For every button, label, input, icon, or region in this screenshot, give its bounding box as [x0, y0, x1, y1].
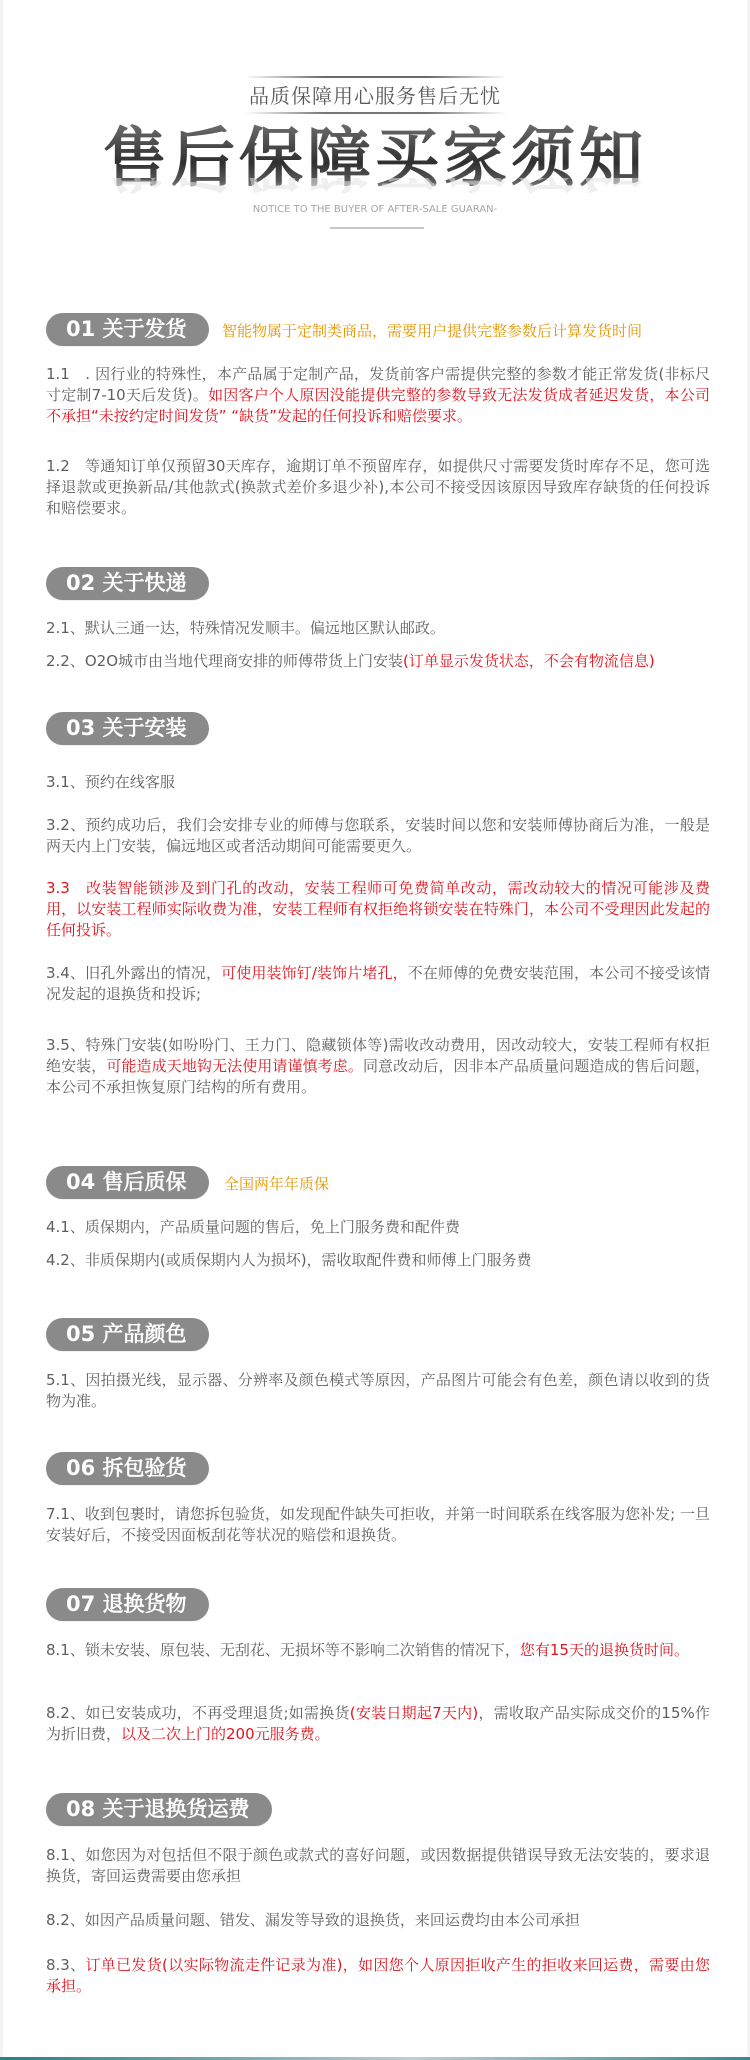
clause-text: 8.3、: [46, 1956, 85, 1974]
page-edge-left: [0, 0, 3, 2060]
section-badge-return-shipping: 08 关于退换货运费: [46, 1793, 272, 1826]
clause-text: 8.1、如您因为对包括但不限于颜色或款式的喜好问题，或因数据提供错误导致无法安装…: [46, 1846, 710, 1885]
clause-3-4: 3.4、旧孔外露出的情况，可使用装饰钉/装饰片堵孔，不在师傅的免费安装范围，本公…: [46, 963, 710, 1005]
page-title-reflection: 售后保障买家须知: [0, 178, 750, 196]
clause-8-2-shipping: 8.2、如因产品质量问题、错发、漏发等导致的退换货，来回运费均由本公司承担: [46, 1910, 710, 1931]
clause-text: 8.2、如已安装成功，不再受理退货;如需换货: [46, 1704, 350, 1722]
header-divider-top: [245, 76, 507, 78]
clause-2-1: 2.1、默认三通一达，特殊情况发顺丰。偏远地区默认邮政。: [46, 618, 710, 639]
clause-text: 8.2、如因产品质量问题、错发、漏发等导致的退换货，来回运费均由本公司承担: [46, 1911, 580, 1929]
clause-text: 4.1、质保期内，产品质量问题的售后，免上门服务费和配件费: [46, 1218, 460, 1236]
clause-text: 8.1、锁未安装、原包装、无刮花、无损坏等不影响二次销售的情况下，: [46, 1641, 520, 1659]
section-note-warranty: 全国两年年质保: [224, 1173, 329, 1194]
section-badge-installation: 03 关于安装: [46, 712, 209, 745]
clause-3-5: 3.5、特殊门安装(如吩吩门、王力门、隐藏锁体等)需收改动费用，因改动较大，安装…: [46, 1035, 710, 1098]
section-badge-returns: 07 退换货物: [46, 1588, 209, 1621]
section-badge-warranty: 04 售后质保: [46, 1166, 209, 1199]
clause-warning: 订单已发货(以实际物流走件记录为准)，如因您个人原因拒收产生的拒收来回运费，需要…: [46, 1956, 710, 1995]
section-badge-color: 05 产品颜色: [46, 1318, 209, 1351]
clause-text: 7.1、收到包裹时，请您拆包验货，如发现配件缺失可拒收，并第一时间联系在线客服为…: [46, 1505, 710, 1544]
clause-text: 3.1、预约在线客服: [46, 773, 175, 791]
clause-warning: (安装日期起7天内): [350, 1704, 478, 1722]
section-badge-shipping: 01 关于发货: [46, 313, 209, 346]
section-note-shipping: 智能物属于定制类商品，需要用户提供完整参数后计算发货时间: [222, 320, 642, 341]
clause-3-3: 3.3 改装智能锁涉及到门孔的改动，安装工程师可免费简单改动，需改动较大的情况可…: [46, 878, 710, 941]
header-english-caption: NOTICE TO THE BUYER OF AFTER-SALE GUARAN…: [0, 204, 750, 215]
clause-1-2: 1.2 等通知订单仅预留30天库存，逾期订单不预留库存，如提供尺寸需要发货时库存…: [46, 456, 710, 519]
header-divider-bottom: [245, 112, 507, 114]
clause-text: 3.2、预约成功后，我们会安排专业的师傅与您联系，安装时间以您和安装师傅协商后为…: [46, 816, 710, 855]
clause-3-2: 3.2、预约成功后，我们会安排专业的师傅与您联系，安装时间以您和安装师傅协商后为…: [46, 815, 710, 857]
clause-text: 3.4、旧孔外露出的情况，: [46, 964, 221, 982]
section-badge-express: 02 关于快递: [46, 567, 209, 600]
clause-8-1-shipping: 8.1、如您因为对包括但不限于颜色或款式的喜好问题，或因数据提供错误导致无法安装…: [46, 1845, 710, 1887]
header-english-underline: [330, 227, 424, 229]
clause-8-1-returns: 8.1、锁未安装、原包装、无刮花、无损坏等不影响二次销售的情况下，您有15天的退…: [46, 1640, 710, 1661]
clause-text: 1.2 等通知订单仅预留30天库存，逾期订单不预留库存，如提供尺寸需要发货时库存…: [46, 457, 710, 517]
clause-text: 5.1、因拍摄光线，显示器、分辨率及颜色模式等原因，产品图片可能会有色差，颜色请…: [46, 1371, 710, 1410]
clause-2-2: 2.2、O2O城市由当地代理商安排的师傅带货上门安装(订单显示发货状态，不会有物…: [46, 651, 710, 672]
clause-text: 4.2、非质保期内(或质保期内人为损坏)，需收取配件费和师傅上门服务费: [46, 1251, 532, 1269]
clause-text: 2.1、默认三通一达，特殊情况发顺丰。偏远地区默认邮政。: [46, 619, 445, 637]
clause-3-1: 3.1、预约在线客服: [46, 772, 710, 793]
clause-text: 2.2、O2O城市由当地代理商安排的师傅带货上门安装: [46, 652, 403, 670]
clause-8-3-shipping: 8.3、订单已发货(以实际物流走件记录为准)，如因您个人原因拒收产生的拒收来回运…: [46, 1955, 710, 1997]
section-badge-inspection: 06 拆包验货: [46, 1452, 209, 1485]
clause-warning-2: 以及二次上门的200元服务费。: [121, 1725, 330, 1743]
header-subtitle: 品质保障用心服务售后无忧: [0, 80, 750, 109]
clause-8-2-returns: 8.2、如已安装成功，不再受理退货;如需换货(安装日期起7天内)，需收取产品实际…: [46, 1703, 710, 1745]
clause-5-1: 5.1、因拍摄光线，显示器、分辨率及颜色模式等原因，产品图片可能会有色差，颜色请…: [46, 1370, 710, 1412]
clause-warning: 可能造成天地钩无法使用请谨慎考虑。: [106, 1057, 363, 1075]
clause-warning: 可使用装饰钉/装饰片堵孔，: [221, 964, 408, 982]
clause-warning: (订单显示发货状态，不会有物流信息): [403, 652, 655, 670]
clause-7-1-inspection: 7.1、收到包裹时，请您拆包验货，如发现配件缺失可拒收，并第一时间联系在线客服为…: [46, 1504, 710, 1546]
clause-4-1: 4.1、质保期内，产品质量问题的售后，免上门服务费和配件费: [46, 1217, 710, 1238]
clause-warning: 3.3 改装智能锁涉及到门孔的改动，安装工程师可免费简单改动，需改动较大的情况可…: [46, 879, 710, 939]
clause-1-1: 1.1 . 因行业的特殊性，本产品属于定制产品，发货前客户需提供完整的参数才能正…: [46, 364, 710, 427]
clause-warning: 您有15天的退换货时间。: [520, 1641, 689, 1659]
clause-4-2: 4.2、非质保期内(或质保期内人为损坏)，需收取配件费和师傅上门服务费: [46, 1250, 710, 1271]
